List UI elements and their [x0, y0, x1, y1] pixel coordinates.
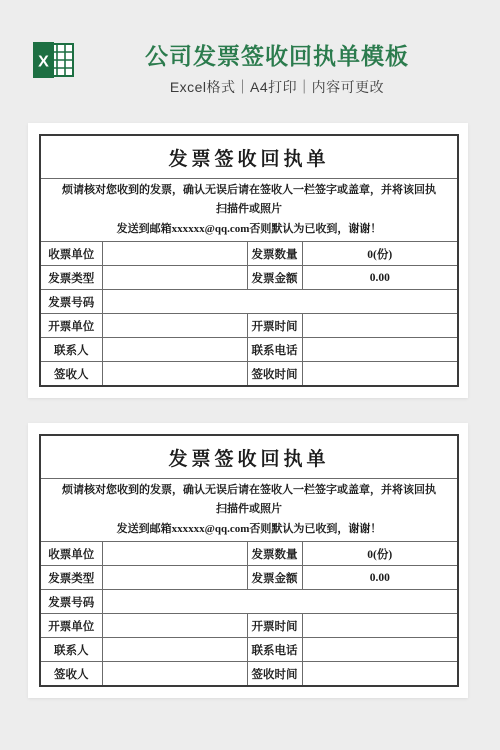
cell-value: [102, 314, 247, 338]
cell-label: 发票类型: [40, 566, 102, 590]
header: X 公司发票签收回执单模板 Excel格式｜A4打印｜内容可更改: [0, 0, 500, 123]
excel-icon: X: [30, 41, 76, 79]
table-row: 发票号码: [40, 290, 458, 314]
cell-value: [102, 338, 247, 362]
table-row: 联系人 联系电话: [40, 338, 458, 362]
cell-value: [102, 542, 247, 566]
cell-label: 开票单位: [40, 614, 102, 638]
table-row: 签收人 签收时间: [40, 362, 458, 387]
receipt-form-table: 发票签收回执单 烦请核对您收到的发票，确认无误后请在签收人一栏签字或盖章，并将该…: [39, 134, 459, 387]
header-titles: 公司发票签收回执单模板 Excel格式｜A4打印｜内容可更改: [72, 44, 482, 97]
cell-label: 开票时间: [247, 614, 302, 638]
cell-label: 发票数量: [247, 242, 302, 266]
card-gap: [0, 398, 500, 423]
cell-value: [102, 662, 247, 687]
cell-label: 签收时间: [247, 362, 302, 387]
page-title: 公司发票签收回执单模板: [72, 44, 482, 69]
cell-value: [102, 242, 247, 266]
cell-value: [302, 362, 458, 387]
form-note: 烦请核对您收到的发票，确认无误后请在签收人一栏签字或盖章，并将该回执扫描件或照片…: [40, 479, 458, 542]
table-row: 联系人 联系电话: [40, 638, 458, 662]
cell-label: 签收人: [40, 662, 102, 687]
cell-value: [302, 638, 458, 662]
table-row: 收票单位 发票数量 0(份): [40, 242, 458, 266]
form-note-line2: 发送到邮箱xxxxxx@qq.com否则默认为已收到，谢谢！: [117, 523, 382, 535]
cell-label: 发票类型: [40, 266, 102, 290]
form-note-line1: 烦请核对您收到的发票，确认无误后请在签收人一栏签字或盖章，并将该回执扫描件或照片: [62, 184, 436, 215]
cell-value: 0(份): [302, 242, 458, 266]
cell-value: [102, 290, 458, 314]
cell-label: 开票时间: [247, 314, 302, 338]
table-row: 发票号码: [40, 590, 458, 614]
cell-label: 联系电话: [247, 638, 302, 662]
cell-value: [102, 266, 247, 290]
cell-value: [302, 662, 458, 687]
form-note-line1: 烦请核对您收到的发票，确认无误后请在签收人一栏签字或盖章，并将该回执扫描件或照片: [62, 484, 436, 515]
cell-value: [302, 314, 458, 338]
form-note-line2: 发送到邮箱xxxxxx@qq.com否则默认为已收到，谢谢！: [117, 223, 382, 235]
cell-label: 联系电话: [247, 338, 302, 362]
template-preview-page: X 公司发票签收回执单模板 Excel格式｜A4打印｜内容可更改 发票签收回执单…: [0, 0, 500, 698]
cell-value: 0.00: [302, 566, 458, 590]
cell-label: 收票单位: [40, 242, 102, 266]
cell-value: 0.00: [302, 266, 458, 290]
cell-value: [102, 638, 247, 662]
excel-icon-letter: X: [38, 54, 49, 71]
cell-value: 0(份): [302, 542, 458, 566]
table-row: 发票类型 发票金额 0.00: [40, 266, 458, 290]
form-card-2: 发票签收回执单 烦请核对您收到的发票，确认无误后请在签收人一栏签字或盖章，并将该…: [28, 423, 468, 698]
table-row: 开票单位 开票时间: [40, 614, 458, 638]
cell-label: 签收人: [40, 362, 102, 387]
cell-label: 发票号码: [40, 590, 102, 614]
receipt-form-table: 发票签收回执单 烦请核对您收到的发票，确认无误后请在签收人一栏签字或盖章，并将该…: [39, 434, 459, 687]
table-row: 发票类型 发票金额 0.00: [40, 566, 458, 590]
form-note: 烦请核对您收到的发票，确认无误后请在签收人一栏签字或盖章，并将该回执扫描件或照片…: [40, 179, 458, 242]
cell-label: 发票数量: [247, 542, 302, 566]
cell-label: 发票号码: [40, 290, 102, 314]
cell-label: 联系人: [40, 338, 102, 362]
cell-label: 发票金额: [247, 566, 302, 590]
cell-value: [102, 614, 247, 638]
table-row: 开票单位 开票时间: [40, 314, 458, 338]
cell-value: [302, 338, 458, 362]
cell-label: 签收时间: [247, 662, 302, 687]
form-title: 发票签收回执单: [40, 435, 458, 479]
cell-value: [102, 362, 247, 387]
cell-value: [102, 566, 247, 590]
form-card-1: 发票签收回执单 烦请核对您收到的发票，确认无误后请在签收人一栏签字或盖章，并将该…: [28, 123, 468, 398]
cell-label: 联系人: [40, 638, 102, 662]
page-subtitle: Excel格式｜A4打印｜内容可更改: [72, 77, 482, 97]
form-title: 发票签收回执单: [40, 135, 458, 179]
cell-label: 收票单位: [40, 542, 102, 566]
cell-value: [102, 590, 458, 614]
cell-label: 发票金额: [247, 266, 302, 290]
table-row: 签收人 签收时间: [40, 662, 458, 687]
cell-value: [302, 614, 458, 638]
table-row: 收票单位 发票数量 0(份): [40, 542, 458, 566]
cell-label: 开票单位: [40, 314, 102, 338]
